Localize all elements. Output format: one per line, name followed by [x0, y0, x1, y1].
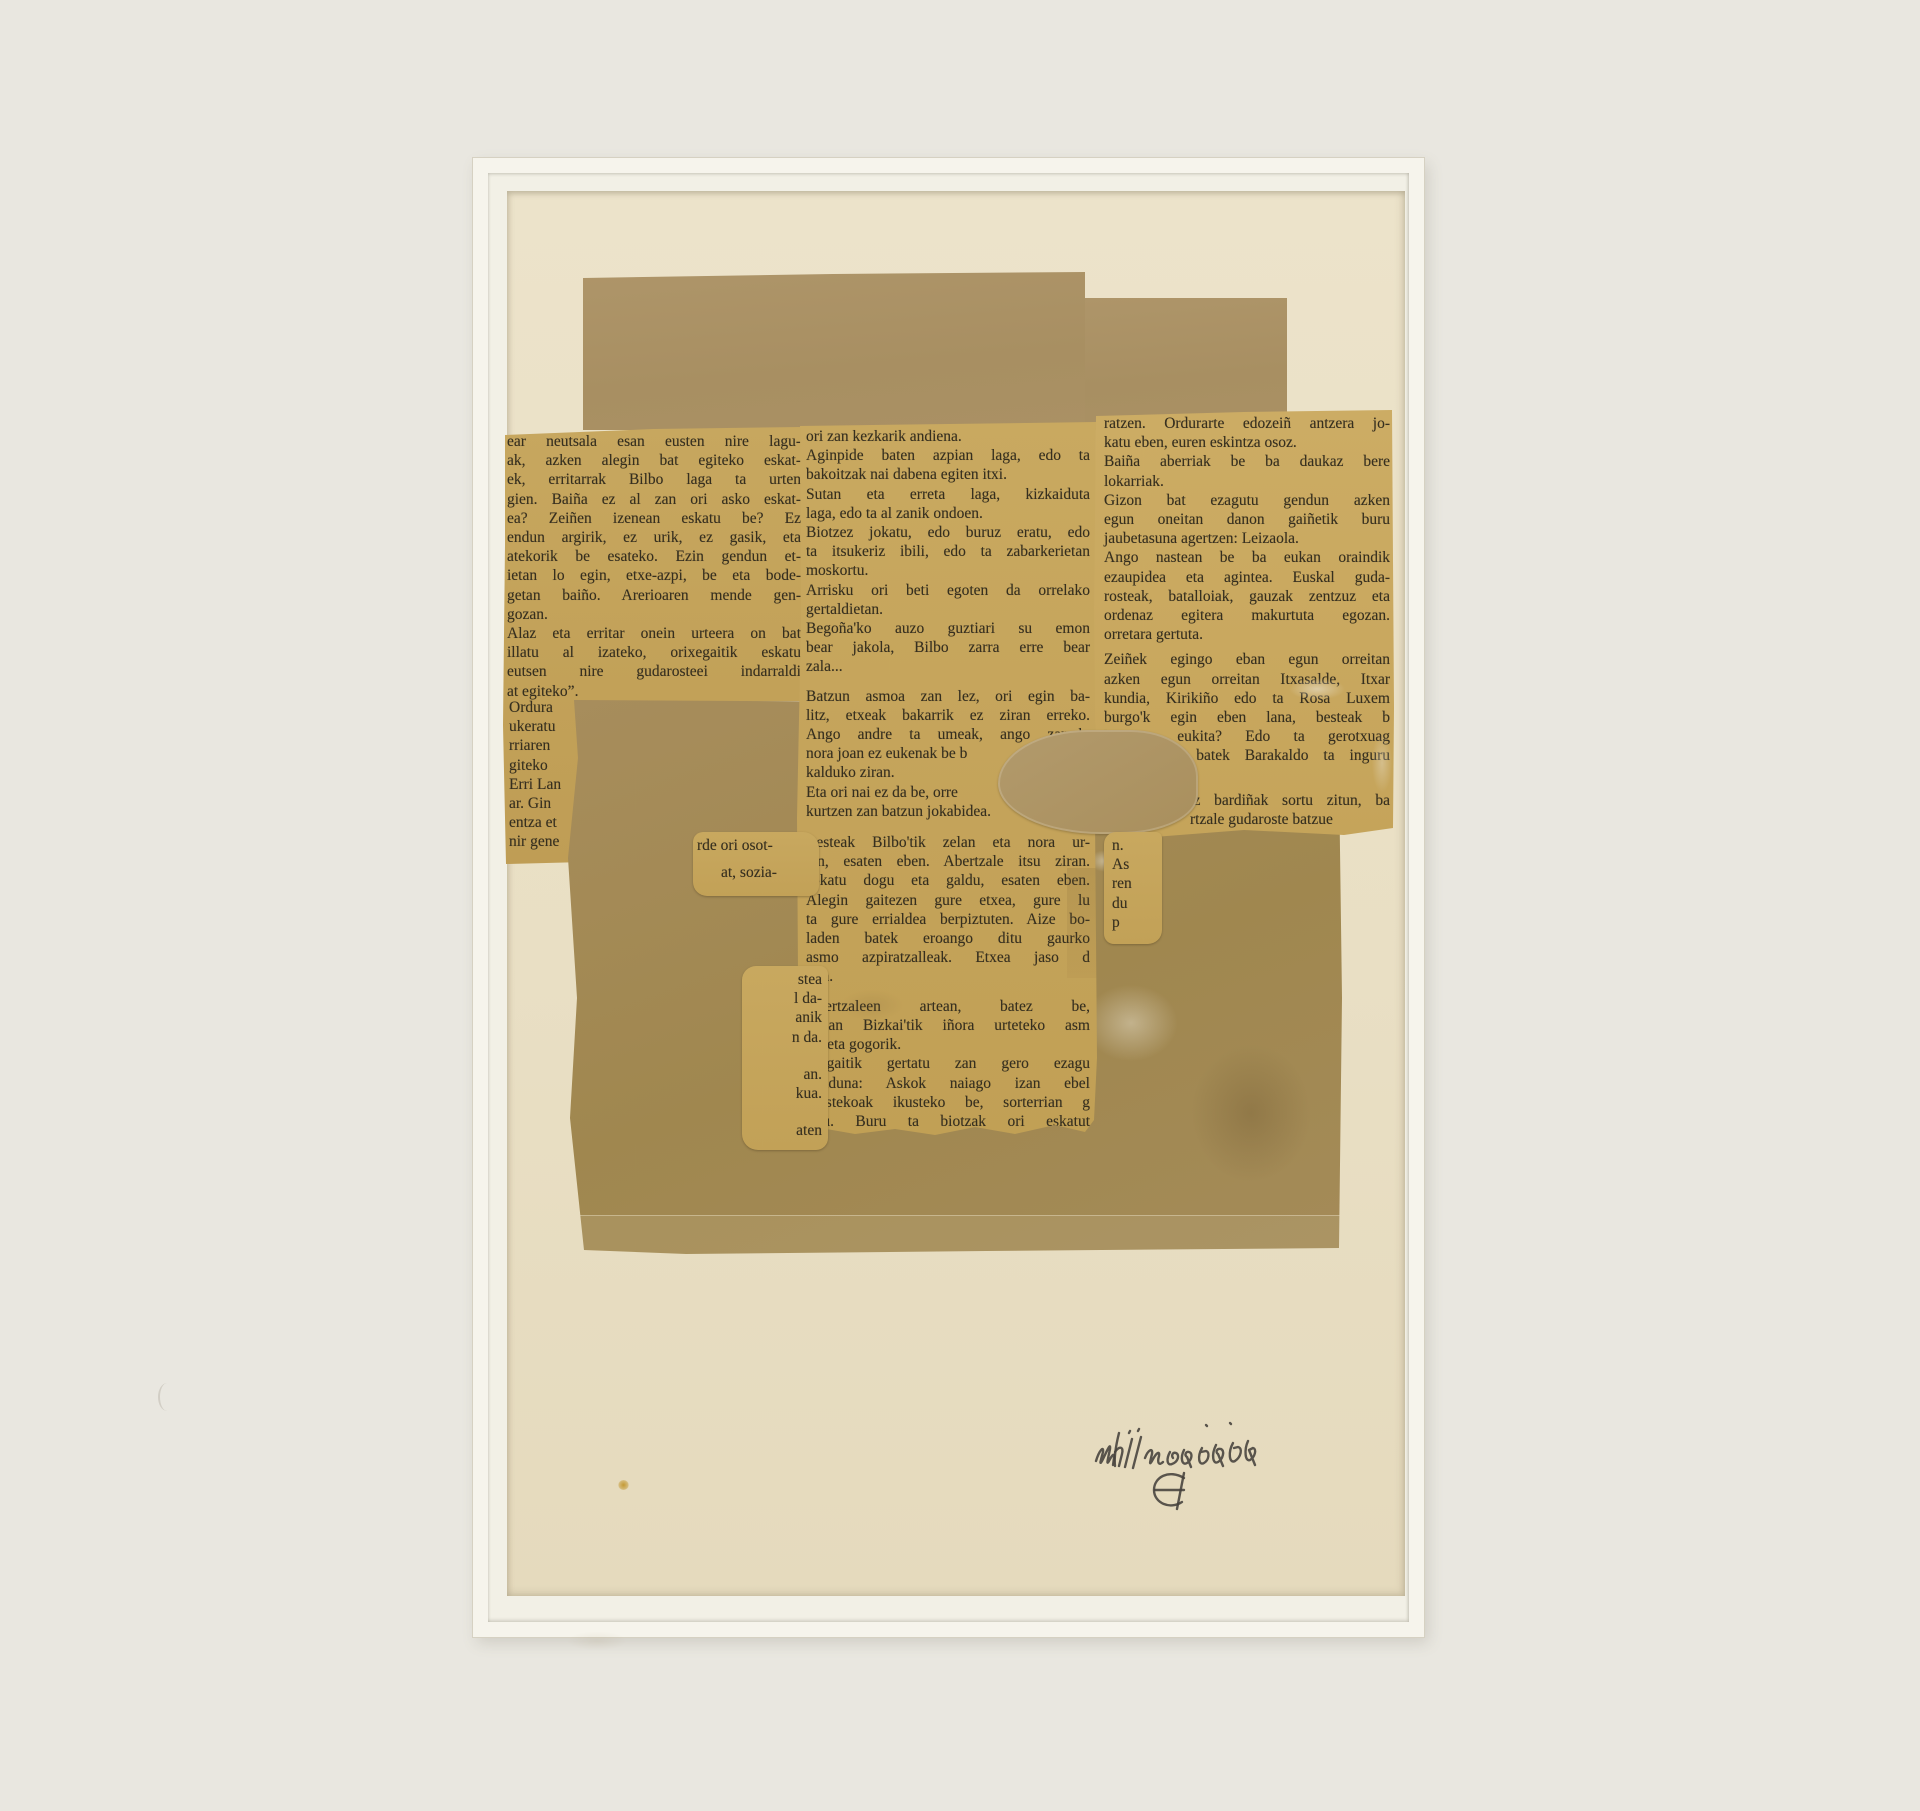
newsprint-line: Baiña aberriak be ba daukaz bere [1104, 452, 1390, 471]
newsprint-line: gertaldietan. [806, 600, 1090, 619]
newsprint-line: moskortu. [806, 561, 1090, 580]
newsprint-line: Alaz eta erritar onein urteera on bat [507, 624, 801, 643]
newsprint-line: ak, azken alegin bat egiteko eskat- [507, 451, 801, 470]
newsprint-scrap: rde ori osot-at, sozia- [693, 832, 819, 896]
wall-scuff-mark [158, 1383, 176, 1411]
kraft-paper-strip-step [1085, 298, 1287, 430]
newsprint-line: asmo azpiratzalleak. Etxea jaso d [806, 948, 1090, 967]
newsprint-line: Origaitik gertatu zan gero ezagu [806, 1054, 1090, 1073]
newsprint-line: azken egun orreitan Itxasalde, Itxar [1104, 670, 1390, 689]
newsprint-line: Aginpide baten azpian laga, edo ta [806, 446, 1090, 465]
kraft-seam [566, 1215, 1342, 1255]
kraft-paper-strip [583, 272, 1085, 430]
newsprint-line: Abertzaleen artean, batez be, [806, 997, 1090, 1016]
newsprint-line: aten [746, 1121, 822, 1140]
newsprint-line: Batzun asmoa zan lez, ori egin ba- [806, 687, 1090, 706]
newsprint-line: eutsen nire gudarosteei indarraldi [507, 662, 801, 681]
newsprint-line: getan baiño. Arerioaren mende gen- [507, 586, 801, 605]
newsprint-line: zala... [806, 657, 1090, 676]
newsprint-line: n da. [746, 1028, 822, 1047]
newsprint-line: atekorik be esateko. Ezin gendun et- [507, 547, 801, 566]
scrap-text: steal da-anikn da.an.kua.aten [746, 970, 822, 1140]
newsprint-line: ietan lo egin, etxe-azpi, be eta bode- [507, 566, 801, 585]
newsprint-line: p [1112, 913, 1158, 932]
newsprint-line: gien. Baiña ez al zan ori asko eskat- [507, 490, 801, 509]
newsprint-line: Arrisku ori beti egoten da orrelako [806, 581, 1090, 600]
newsprint-line: ratzen. Ordurarte edozeiñ antzera jo- [1104, 414, 1390, 433]
artist-monogram [1146, 1467, 1194, 1515]
newsprint-line: genduna: Askok naiago izan ebel [806, 1074, 1090, 1093]
newsprint-line: Zeiñek egingo eban egun orreitan [1104, 650, 1390, 669]
newsprint-line: jaubetasuna agertzen: Leizaola. [1104, 529, 1390, 548]
newsprint-line: du [1112, 894, 1158, 913]
newsprint-line: ten, esaten eben. Abertzale itsu ziran. [806, 852, 1090, 871]
dark-stain [1186, 1038, 1316, 1188]
newsprint-line: gozan. [507, 605, 801, 624]
newsprint-line: ren [1112, 874, 1158, 893]
newsprint-line: at, sozia- [697, 863, 815, 882]
newsprint-line: ek, erritarrak Bilbo laga ta urten [507, 470, 801, 489]
newsprint-line: kundia, Kirikiño edo ta Rosa Luxem [1104, 689, 1390, 708]
newsprint-line: Sutan eta erreta laga, kizkaiduta [806, 485, 1090, 504]
newsprint-line: gun. [806, 967, 1090, 986]
cream-paper-sheet: ear neutsala esan eusten nire lagu-ak, a… [507, 191, 1405, 1596]
newsprint-line: endun argirik, ez urik, ez gasik, eta [507, 528, 801, 547]
newsprint-line: lokarriak. [1104, 472, 1390, 491]
newsprint-line: ea? Zeiñen izenean eskatu be? Ez [507, 509, 801, 528]
newsprint-line: laga, edo ta al zanik ondoen. [806, 504, 1090, 523]
newsprint-line: egoan Bizkai'tik iñora urteteko asm [806, 1016, 1090, 1035]
newsprint-line: ori zan kezkarik andiena. [806, 427, 1090, 446]
left-column-text: ear neutsala esan eusten nire lagu-ak, a… [507, 432, 801, 701]
newsprint-line: an. [746, 1065, 822, 1084]
newsprint-line: laden batek eroango ditu gaurko [806, 929, 1090, 948]
newsprint-line: ezaupidea eta agintea. Euskal guda- [1104, 568, 1390, 587]
newsprint-line: Jokatu dogu eta galdu, esaten eben. [806, 871, 1090, 890]
newsprint-line: ear neutsala esan eusten nire lagu- [507, 432, 801, 451]
newsprint-line: ordenaz egitera makurtuta egozan. [1104, 606, 1390, 625]
newsprint-scrap: n.Asrendup [1104, 832, 1162, 944]
newsprint-scrap: steal da-anikn da.an.kua.aten [742, 966, 828, 1150]
newsprint-line: Begoña'ko auzo guztiari su emon [806, 619, 1090, 638]
newsprint-line: anik [746, 1008, 822, 1027]
torn-kraft-fragment [998, 730, 1198, 834]
newsprint-line: Biotzez jokatu, edo buruz eratu, edo [806, 523, 1090, 542]
newsprint-line: rik eta gogorik. [806, 1035, 1090, 1054]
newsprint-line: n. [1112, 836, 1158, 855]
newsprint-line: Besteak Bilbo'tik zelan eta nora ur- [806, 833, 1090, 852]
scrap-text: n.Asrendup [1112, 836, 1158, 932]
amber-spot [618, 1480, 629, 1490]
newsprint-line: burgo'k egin eben lana, besteak b [1104, 708, 1390, 727]
newsprint-line: Gizon bat ezagutu gendun azken [1104, 491, 1390, 510]
newsprint-line: ikustekoak ikusteko be, sorterrian g [806, 1093, 1090, 1112]
newsprint-line: rde ori osot- [697, 836, 815, 855]
newsprint-line: illatu al izateko, orixegaitik eskatu [507, 643, 801, 662]
newsprint-line: bakoitzak nai dabena egiten itxi. [806, 465, 1090, 484]
newsprint-line: orretara gertuta. [1104, 625, 1390, 644]
newsprint-line: As [1112, 855, 1158, 874]
newsprint-line: ta gure errialdea berpiztuten. Aize bo- [806, 910, 1090, 929]
newsprint-line: katu eben, euren eskintza osoz. [1104, 433, 1390, 452]
newsprint-line: kua. [746, 1084, 822, 1103]
newsprint-line: l da- [746, 989, 822, 1008]
newsprint-line: egun oneitan danon gaiñetik buru [1104, 510, 1390, 529]
newsprint-line: rosteak, batalloiak, gauzak zentzuz eta [1104, 587, 1390, 606]
newsprint-line: litz, etxeak bakarrik ez ziran erreko. [806, 706, 1090, 725]
newsprint-line: Alegin gaitezen gure etxea, gure lu [806, 891, 1090, 910]
newsprint-line: stea [746, 970, 822, 989]
scrap-text: rde ori osot-at, sozia- [697, 836, 815, 882]
newsprint-line: bear jakola, Bilbo zarra erre bear [806, 638, 1090, 657]
newsprint-line: Ango nastean be ba eukan oraindik [1104, 548, 1390, 567]
newsprint-line: ta itsukeriz ibili, edo ta zabarkerietan [806, 542, 1090, 561]
photograph-of-framed-artwork: { "description": "Framed collage: torn B… [0, 0, 1920, 1811]
